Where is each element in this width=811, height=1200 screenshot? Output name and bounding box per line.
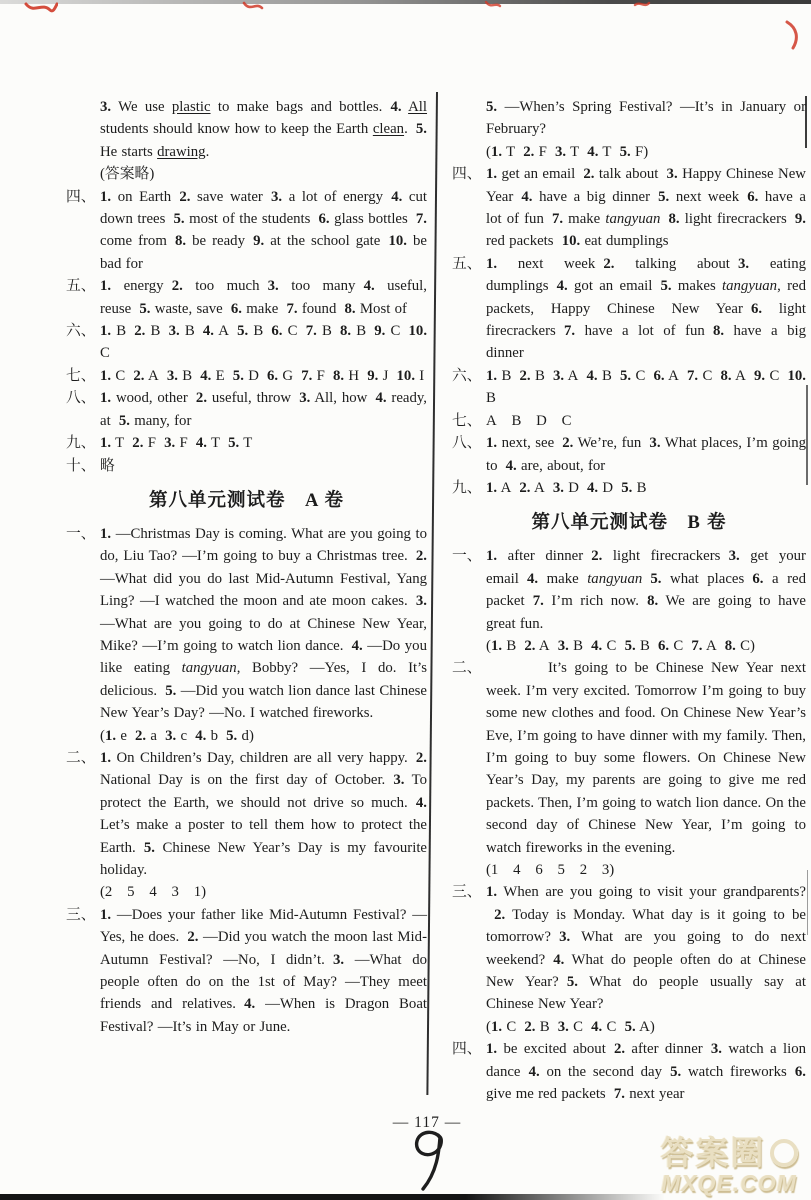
answer-text-run: 2.	[519, 480, 530, 496]
answer-text-run: 7.	[687, 368, 698, 384]
answer-text-run: 2.	[196, 390, 207, 406]
answer-text-run: red packets	[486, 233, 554, 249]
answer-text-run: 1.	[100, 750, 111, 766]
answer-text-run: T	[566, 144, 579, 160]
answer-text-run: 2.	[416, 548, 427, 564]
answer-section: 一、1. —Christmas Day is coming. What are …	[66, 523, 427, 725]
answer-section: 五、1. next week2. talking about3. eating …	[452, 253, 806, 365]
answer-content: 1. be excited about2. after dinner3. wat…	[486, 1038, 806, 1105]
answer-text-run: H	[344, 368, 359, 384]
answer-text-run: 第八单元测试卷 A 卷	[149, 491, 344, 511]
scan-edge-bottom	[0, 1194, 665, 1200]
answer-text-run: G	[278, 368, 293, 384]
answer-text-run: 7.	[691, 638, 702, 654]
answer-line: (1 4 6 5 2 3)	[452, 859, 806, 881]
section-marker: 三、	[452, 881, 482, 903]
answer-text-run: .	[404, 121, 408, 137]
answer-text-run: makes	[672, 278, 722, 294]
answer-text-run: 1.	[491, 144, 502, 160]
answer-line: (2 5 4 3 1)	[66, 881, 427, 903]
answer-text-run: 1.	[100, 189, 111, 205]
answer-text-run: watch fireworks	[681, 1064, 787, 1080]
answer-text-run: 3.	[271, 189, 282, 205]
answer-text-run: 10.	[409, 323, 428, 339]
answer-text-run: B	[178, 368, 192, 384]
section-marker: 七、	[452, 410, 482, 432]
answer-section: 五、1. energy2. too much3. too many4. usef…	[66, 275, 427, 320]
answer-text-run: 5.	[228, 435, 239, 451]
answer-text-run: F	[175, 435, 188, 451]
answer-text-run: A	[732, 368, 746, 384]
answer-text-run: got an email	[568, 278, 653, 294]
answer-text-run: B	[569, 638, 583, 654]
answer-section: 九、1. A2. A3. D4. D5. B	[452, 477, 806, 499]
answer-content: (1. T2. F3. T4. T5. F)	[486, 141, 806, 163]
answer-text-run: 5.	[620, 144, 631, 160]
answer-text-run: C	[698, 368, 712, 384]
answer-text-run: 6.	[654, 368, 665, 384]
answer-text-run: I	[415, 368, 424, 384]
answer-text-run: clean	[373, 121, 404, 137]
section-marker: 四、	[66, 186, 96, 208]
section-marker: 二、	[66, 747, 96, 769]
answer-section: 四、1. be excited about2. after dinner3. w…	[452, 1038, 806, 1105]
answer-text-run: 4.	[529, 1064, 540, 1080]
answer-text-run: after dinner	[625, 1041, 703, 1057]
scan-edge-right	[807, 870, 808, 935]
answer-text-run: 5.	[650, 571, 661, 587]
section-title: 第八单元测试卷 B 卷	[452, 510, 806, 536]
answer-text-run: 1.	[491, 1019, 502, 1035]
answer-text-run: 1.	[100, 278, 111, 294]
answer-text-run: 2.	[524, 638, 535, 654]
answer-text-run: B	[486, 390, 496, 406]
answer-text-run: waste, save	[150, 301, 222, 317]
section-marker: 一、	[452, 545, 482, 567]
answer-text-run: c	[176, 728, 187, 744]
answer-text-run: 2.	[133, 368, 144, 384]
answer-text-run: C	[502, 1019, 516, 1035]
answer-section: 六、1. B2. B3. A4. B5. C6. A7. C8. A9. C10…	[452, 365, 806, 410]
scan-edge-right	[806, 385, 808, 485]
answer-text-run: 2.	[132, 435, 143, 451]
answer-text-run: 4.	[521, 189, 532, 205]
answer-text-run: All, how	[310, 390, 367, 406]
answer-text-run: 8.	[713, 323, 724, 339]
answer-text-run: 2.	[614, 1041, 625, 1057]
answer-text-run: 4.	[416, 795, 427, 811]
section-marker: 九、	[66, 432, 96, 454]
section-marker: 三、	[66, 904, 96, 926]
answer-text-run: on the second day	[540, 1064, 662, 1080]
answer-text-run: 1.	[491, 638, 502, 654]
answer-text-run: A	[214, 323, 229, 339]
answer-text-run: 4.	[527, 571, 538, 587]
answer-text-run: C	[111, 368, 125, 384]
answer-text-run: 5.	[567, 974, 578, 990]
watermark-badge-icon	[770, 1139, 798, 1167]
answer-text-run: (1 4 6 5 2 3)	[486, 862, 614, 878]
answer-text-run: 4.	[390, 99, 401, 115]
answer-text-run: 5.	[621, 480, 632, 496]
answer-text-run: T	[111, 435, 124, 451]
answer-text-run: 3.	[558, 1019, 569, 1035]
answer-text-run: glass bottles	[330, 211, 408, 227]
answer-text-run: 7.	[301, 368, 312, 384]
answer-text-run: I’m rich now.	[544, 593, 639, 609]
answer-line: (答案略)	[66, 163, 427, 185]
answer-text-run: 1.	[486, 435, 497, 451]
answer-text-run: what places	[662, 571, 745, 587]
answer-section: 三、1. —Does your father like Mid-Autumn F…	[66, 904, 427, 1038]
column-divider-rule	[426, 92, 437, 1095]
answer-text-run: 4.	[587, 368, 598, 384]
answer-text-run: 4.	[203, 323, 214, 339]
answer-content: 1. —Christmas Day is coming. What are yo…	[100, 523, 427, 725]
answer-text-run: students should know how to keep the Ear…	[100, 121, 373, 137]
answer-text-run: have a big dinner	[533, 189, 651, 205]
answer-text-run: 1.	[100, 390, 111, 406]
red-ink-mark	[242, 0, 264, 14]
answer-text-run: 5.	[226, 728, 237, 744]
answer-content: 第八单元测试卷 A 卷	[66, 488, 427, 514]
answer-content: (1. B2. A3. B4. C5. B6. C7. A8. C)	[486, 635, 806, 657]
answer-text-run: T	[502, 144, 515, 160]
answer-text-run: be excited about	[497, 1041, 606, 1057]
answer-text-run: 4.	[587, 480, 598, 496]
answer-line: (1. B2. A3. B4. C5. B6. C7. A8. C)	[452, 635, 806, 657]
answer-text-run: A	[497, 480, 511, 496]
answer-text-run: 9.	[253, 233, 264, 249]
answer-text-run: 1.	[100, 907, 111, 923]
answer-text-run: F	[534, 144, 547, 160]
answer-text-run: J	[378, 368, 388, 384]
answer-content: (2 5 4 3 1)	[100, 881, 427, 903]
answer-text-run: C	[669, 638, 683, 654]
answer-text-run: A	[145, 368, 159, 384]
answer-content: (1 4 6 5 2 3)	[486, 859, 806, 881]
answer-text-run: C	[283, 323, 298, 339]
answer-text-run: 4.	[364, 278, 375, 294]
answer-text-run: He starts	[100, 144, 157, 160]
answer-line: 3. We use plastic to make bags and bottl…	[66, 96, 427, 163]
answer-text-run: 2.	[135, 728, 146, 744]
answer-text-run: A	[531, 480, 545, 496]
answer-text-run: E	[211, 368, 224, 384]
answer-text-run: 4.	[375, 390, 386, 406]
section-marker: 六、	[452, 365, 482, 387]
answer-text-run: 2.	[179, 189, 190, 205]
answer-text-run: (答案略)	[100, 166, 154, 182]
answer-text-run: 6.	[747, 189, 758, 205]
answer-text-run: F	[143, 435, 156, 451]
answer-text-run: 3.	[667, 166, 678, 182]
answer-text-run: 8.	[669, 211, 680, 227]
answer-text-run: light firecrackers	[680, 211, 787, 227]
answer-content: 1. T2. F3. F4. T5. T	[100, 432, 427, 454]
answer-text-run: to make bags and bottles.	[211, 99, 383, 115]
answer-text-run: 2.	[603, 256, 614, 272]
answer-content: 1. A2. A3. D4. D5. B	[486, 477, 806, 499]
answer-text-run: A	[702, 638, 716, 654]
answer-text-run: 3.	[729, 548, 740, 564]
answer-text-run: 3.	[299, 390, 310, 406]
answer-text-run: make	[563, 211, 605, 227]
answer-text-run: 8.	[175, 233, 186, 249]
section-marker: 六、	[66, 320, 96, 342]
left-column: 3. We use plastic to make bags and bottl…	[66, 96, 427, 1038]
answer-text-run: Most of	[356, 301, 407, 317]
answer-section: 三、1. When are you going to visit your gr…	[452, 881, 806, 1015]
answer-text-run: 5.	[237, 323, 248, 339]
answer-text-run: 7.	[614, 1086, 625, 1102]
answer-text-run: 5.	[139, 301, 150, 317]
answer-section: 一、1. after dinner2. light firecrackers3.…	[452, 545, 806, 635]
answer-text-run: 7.	[306, 323, 317, 339]
answer-content: 1. —Does your father like Mid-Autumn Fes…	[100, 904, 427, 1038]
answer-text-run: 1.	[486, 884, 497, 900]
answer-text-run: D	[244, 368, 259, 384]
right-column: 5. —When’s Spring Festival? —It’s in Jan…	[452, 96, 806, 1105]
answer-text-run: D	[564, 480, 579, 496]
answer-text-run: B	[180, 323, 195, 339]
answer-text-run: 9.	[795, 211, 806, 227]
red-ink-mark	[24, 0, 58, 20]
answer-text-run: found	[298, 301, 337, 317]
handwritten-mark	[410, 1128, 450, 1194]
answer-content: 1. energy2. too much3. too many4. useful…	[100, 275, 427, 320]
answer-text-run: B	[531, 368, 545, 384]
answer-content: (答案略)	[100, 163, 427, 185]
answer-text-run: 3.	[559, 929, 570, 945]
answer-text-run: We’re, fun	[573, 435, 641, 451]
answer-text-run: 4.	[200, 368, 211, 384]
answer-text-run: 3.	[553, 480, 564, 496]
answer-text-run: 3.	[165, 728, 176, 744]
section-marker: 十、	[66, 455, 96, 477]
answer-text-run: When are you going to visit your grandpa…	[497, 884, 806, 900]
watermark-site-text: MXQE.COM	[649, 1170, 809, 1196]
answer-section: 八、1. next, see2. We’re, fun3. What place…	[452, 432, 806, 477]
answer-section: 二、It’s going to be Chinese New Year next…	[452, 657, 806, 859]
answer-text-run: On Children’s Day, children are all very…	[111, 750, 408, 766]
answer-text-run: at the school gate	[264, 233, 380, 249]
answer-text-run: T	[598, 144, 611, 160]
answer-text-run: B	[351, 323, 366, 339]
answer-text-run: 5.	[670, 1064, 681, 1080]
answer-text-run: C	[602, 638, 616, 654]
answer-text-run: A B D C	[486, 413, 572, 429]
answer-text-run: 2.	[134, 323, 145, 339]
section-marker: 八、	[452, 432, 482, 454]
answer-text-run: B	[598, 368, 612, 384]
answer-text-run: drawing	[157, 144, 206, 160]
answer-content: 1. wood, other2. useful, throw3. All, ho…	[100, 387, 427, 432]
answer-text-run: C	[602, 1019, 616, 1035]
answer-text-run: 3.	[416, 593, 427, 609]
answer-text-run: light firecrackers	[602, 548, 720, 564]
answer-text-run: 7.	[564, 323, 575, 339]
answer-content: 第八单元测试卷 B 卷	[452, 510, 806, 536]
answer-text-run: 2.	[562, 435, 573, 451]
answer-text-run: —When’s Spring Festival? —It’s in Januar…	[486, 99, 806, 137]
red-ink-mark	[633, 0, 651, 10]
answer-text-run: .	[206, 144, 210, 160]
watermark: 答案圈 MXQE.COM	[649, 1136, 809, 1196]
answer-text-run: 3.	[553, 368, 564, 384]
answer-content: 略	[100, 455, 427, 477]
answer-text-run: 8.	[344, 301, 355, 317]
answer-text-run: 4.	[506, 458, 517, 474]
answer-text-run: 3.	[268, 278, 279, 294]
answer-text-run: 4.	[587, 144, 598, 160]
answer-text-run: B	[248, 323, 263, 339]
answer-text-run: 1.	[100, 368, 111, 384]
answer-text-run: energy	[111, 278, 163, 294]
answer-line: (1. C2. B3. C4. C5. A)	[452, 1016, 806, 1038]
answer-text-run: 9.	[754, 368, 765, 384]
answer-text-run: A	[535, 638, 549, 654]
answer-text-run: have a lot of fun	[575, 323, 705, 339]
answer-text-run: 1.	[486, 166, 497, 182]
answer-text-run: 2.	[520, 368, 531, 384]
answer-text-run: tangyuan	[182, 660, 237, 676]
answer-text-run: 2.	[416, 750, 427, 766]
answer-content: 1. next week2. talking about3. eating du…	[486, 253, 806, 365]
answer-text-run: 5.	[416, 121, 427, 137]
answer-text-run: 3.	[100, 99, 111, 115]
answer-section: 七、A B D C	[452, 410, 806, 432]
answer-text-run: 1.	[486, 1041, 497, 1057]
answer-text-run: 10.	[562, 233, 581, 249]
answer-text-run: 1.	[486, 256, 497, 272]
answer-text-run: 7.	[533, 593, 544, 609]
answer-text-run: 1.	[486, 480, 497, 496]
section-marker: 一、	[66, 523, 96, 545]
answer-text-run: 5.	[625, 1019, 636, 1035]
answer-text-run: 6.	[267, 368, 278, 384]
answer-text-run: plastic	[172, 99, 211, 115]
answer-text-run: 3.	[558, 638, 569, 654]
answer-text-run: 1.	[486, 368, 497, 384]
answer-content: 1. next, see2. We’re, fun3. What places,…	[486, 432, 806, 477]
answer-text-run: 4.	[553, 952, 564, 968]
answer-text-run: 5.	[658, 189, 669, 205]
section-marker: 五、	[452, 253, 482, 275]
answer-content: 1. B2. B3. A4. B5. C6. A7. C8. A9. C10. …	[486, 365, 806, 410]
answer-text-run: 9.	[374, 323, 385, 339]
answer-text-run: 4.	[352, 638, 363, 654]
answer-text-run: 3.	[649, 435, 660, 451]
answer-content: It’s going to be Chinese New Year next w…	[486, 657, 806, 859]
answer-content: 5. —When’s Spring Festival? —It’s in Jan…	[486, 96, 806, 141]
answer-text-run: 6.	[752, 571, 763, 587]
answer-text-run: save water	[190, 189, 262, 205]
answer-line: (1. e2. a3. c4. b5. d)	[66, 725, 427, 747]
answer-content: A B D C	[486, 410, 806, 432]
answer-text-run: 6.	[231, 301, 242, 317]
section-marker: 四、	[452, 163, 482, 185]
answer-text-run: on Earth	[111, 189, 171, 205]
answer-text-run: 3.	[393, 772, 404, 788]
answer-text-run: 2.	[524, 1019, 535, 1035]
section-marker: 九、	[452, 477, 482, 499]
red-ink-mark	[484, 0, 502, 10]
answer-text-run: 2.	[523, 144, 534, 160]
answer-text-run: 4.	[244, 996, 255, 1012]
answer-content: 1. When are you going to visit your gran…	[486, 881, 806, 1015]
answer-text-run: 5.	[661, 278, 672, 294]
answer-text-run: be ready	[186, 233, 245, 249]
answer-text-run: 6.	[795, 1064, 806, 1080]
answer-text-run: B	[145, 323, 160, 339]
answer-section: 九、1. T2. F3. F4. T5. T	[66, 432, 427, 454]
answer-section: 八、1. wood, other2. useful, throw3. All, …	[66, 387, 427, 432]
answer-section: 六、1. B2. B3. B4. A5. B6. C7. B8. B9. C10…	[66, 320, 427, 365]
answer-text-run: give me red packets	[486, 1086, 606, 1102]
answer-text-run: C	[765, 368, 779, 384]
answer-text-run: 3.	[555, 144, 566, 160]
answer-text-run: B	[636, 638, 650, 654]
answer-content: 1. B2. B3. B4. A5. B6. C7. B8. B9. C10. …	[100, 320, 427, 365]
answer-text-run: 7.	[286, 301, 297, 317]
answer-text-run: 10.	[788, 368, 807, 384]
answer-text-run: eat dumplings	[580, 233, 668, 249]
answer-text-run: —Christmas Day is coming. What are you g…	[100, 526, 427, 564]
answer-text-run: 2.	[583, 166, 594, 182]
answer-text-run: 10.	[388, 233, 407, 249]
answer-text-run: It’s going to be Chinese New Year next w…	[486, 660, 806, 855]
answer-text-run: make	[538, 571, 587, 587]
answer-text-run: 3.	[711, 1041, 722, 1057]
red-ink-mark	[783, 20, 803, 50]
answer-content: (1. C2. B3. C4. C5. A)	[486, 1016, 806, 1038]
answer-line: (1. T2. F3. T4. T5. F)	[452, 141, 806, 163]
answer-text-run: next week	[669, 189, 739, 205]
answer-text-run: C	[631, 368, 645, 384]
answer-text-run: 8.	[333, 368, 344, 384]
answer-text-run: next year	[625, 1086, 685, 1102]
answer-text-run: 3.	[333, 952, 344, 968]
answer-text-run: 1.	[486, 548, 497, 564]
answer-text-run: A	[564, 368, 578, 384]
answer-text-run: 5.	[119, 413, 130, 429]
answer-text-run: 3.	[164, 435, 175, 451]
section-marker: 七、	[66, 365, 96, 387]
answer-text-run: 5.	[165, 683, 176, 699]
answer-text-run: 1.	[100, 526, 111, 542]
answer-text-run: 8.	[340, 323, 351, 339]
answer-text-run: 7.	[552, 211, 563, 227]
answer-text-run: 2.	[591, 548, 602, 564]
answer-text-run: B	[535, 1019, 549, 1035]
scanned-answer-page: 3. We use plastic to make bags and bottl…	[0, 0, 811, 1200]
answer-text-run: talk about	[595, 166, 659, 182]
answer-text-run: F)	[631, 144, 648, 160]
section-marker: 二、	[452, 657, 482, 679]
answer-text-run: 5.	[173, 211, 184, 227]
answer-text-run: 2.	[494, 907, 505, 923]
answer-section: 七、1. C2. A3. B4. E5. D6. G7. F8. H9. J10…	[66, 365, 427, 387]
answer-line: 5. —When’s Spring Festival? —It’s in Jan…	[452, 96, 806, 141]
answer-text-run: make	[242, 301, 278, 317]
answer-text-run: 7.	[416, 211, 427, 227]
answer-text-run: are, about, for	[517, 458, 605, 474]
scan-edge-top	[0, 0, 811, 4]
answer-text-run: 1.	[105, 728, 116, 744]
answer-text-run: e	[116, 728, 127, 744]
section-marker: 四、	[452, 1038, 482, 1060]
